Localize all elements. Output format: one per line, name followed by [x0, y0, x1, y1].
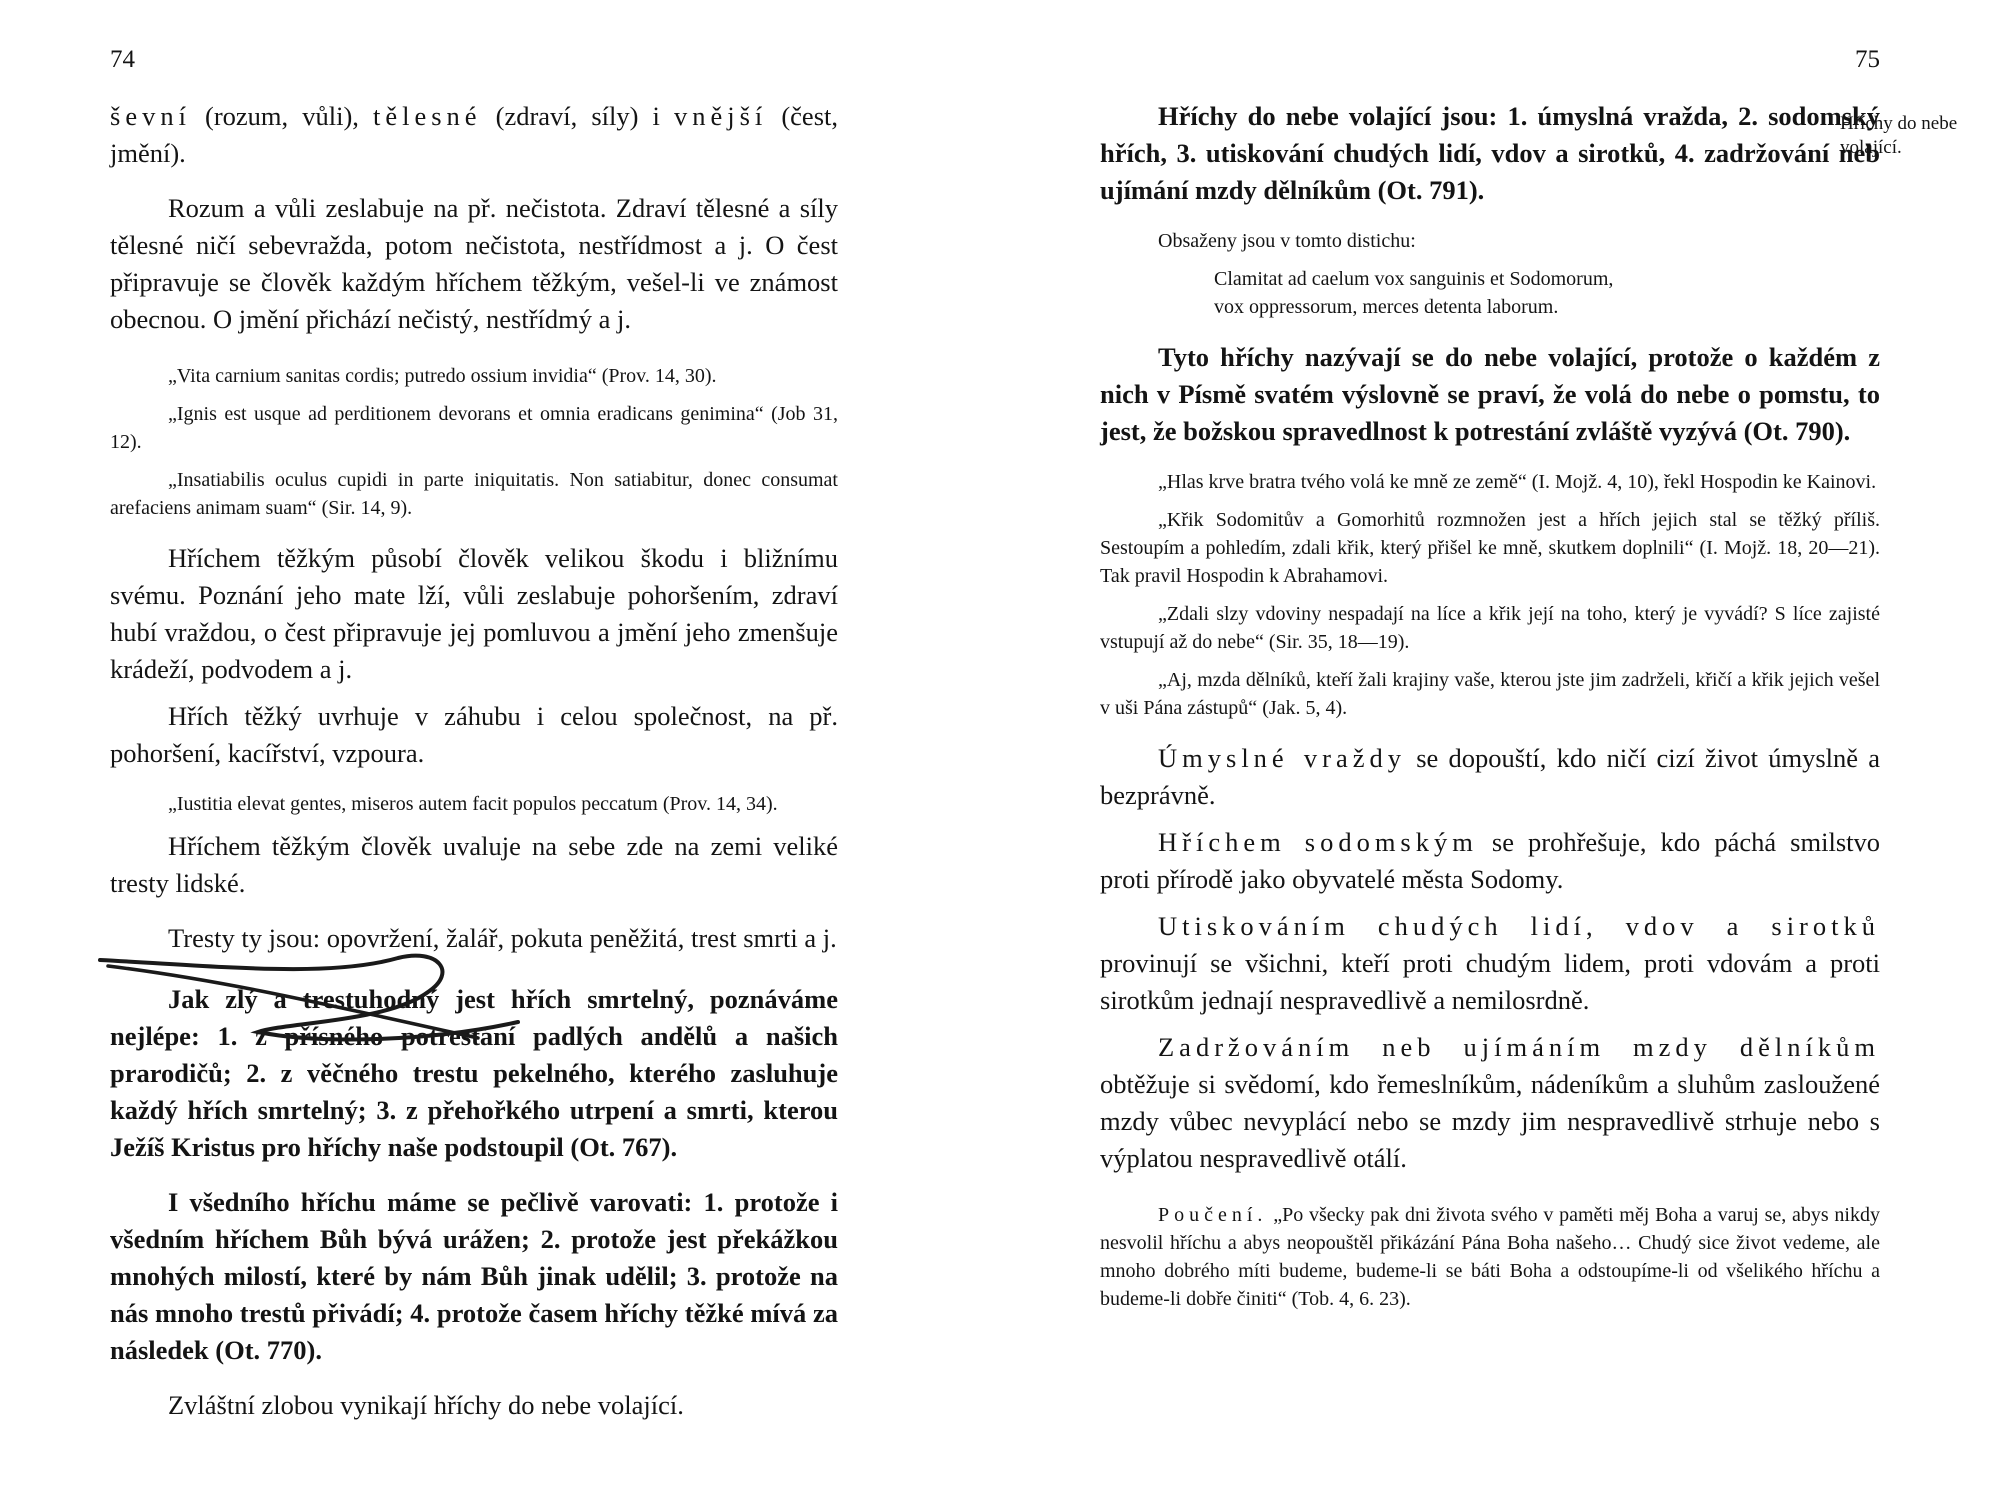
margin-note: Hříchy do nebe volající. [1840, 112, 1990, 160]
text-run: obtěžuje si svědomí, kdo řemeslníkům, ná… [1100, 1069, 1880, 1173]
spaced-term: Hříchem sodomským [1158, 827, 1478, 857]
paragraph-murder: Úmyslné vraždy se dopouští, kdo ničí ciz… [1100, 740, 1880, 814]
paragraph-neighbor: Hříchem těžkým působí člověk velikou ško… [110, 540, 838, 688]
quote-jas-5-4: „Aj, mzda dělníků, kteří žali krajiny va… [1100, 666, 1880, 722]
left-page: 74 ševní (rozum, vůli), tělesné (zdraví,… [110, 0, 838, 1500]
distich-line-1: Clamitat ad caelum vox sanguinis et Sodo… [1156, 265, 1880, 293]
quote-prov-14-30: „Vita carnium sanitas cordis; putredo os… [110, 362, 838, 390]
quote-prov-14-34: „Iustitia elevat gentes, miseros autem f… [110, 790, 838, 818]
paragraph-reason: Rozum a vůli zeslabuje na př. nečistota.… [110, 190, 838, 338]
page-number-left: 74 [110, 46, 135, 74]
page-number-right: 75 [1855, 46, 1880, 74]
paragraph-mortal-sin: Jak zlý a trestuhodný jest hřích smrteln… [110, 981, 838, 1166]
paragraph-society: Hřích těžký uvrhuje v záhubu i celou spo… [110, 698, 838, 772]
spaced-term: Zadržováním neb ujímáním mzdy dělníkům [1158, 1032, 1880, 1062]
latin-distich: Clamitat ad caelum vox sanguinis et Sodo… [1156, 265, 1880, 321]
spaced-term: Úmyslné vraždy [1158, 743, 1406, 773]
paragraph-goods: ševní (rozum, vůli), tělesné (zdraví, sí… [110, 98, 838, 172]
quote-sir-35: „Zdali slzy vdoviny nespadají na líce a … [1100, 600, 1880, 656]
paragraph-wages: Zadržováním neb ujímáním mzdy dělníkům o… [1100, 1029, 1880, 1177]
quote-gen-18: „Křik Sodomitův a Gomorhitů rozmnožen je… [1100, 506, 1880, 590]
quote-sir-14-9: „Insatiabilis oculus cupidi in parte ini… [110, 466, 838, 522]
distich-line-2: vox oppressorum, merces detenta laborum. [1156, 293, 1880, 321]
text-run: (zdraví, síly) i [482, 101, 674, 131]
paragraph-sodomy: Hříchem sodomským se prohřešuje, kdo pác… [1100, 824, 1880, 898]
spaced-term: ševní [110, 101, 191, 131]
quote-gen-4-10: „Hlas krve bratra tvého volá ke mně ze z… [1100, 468, 1880, 496]
paragraph-crying-sins-intro: Zvláštní zlobou vynikají hříchy do nebe … [110, 1387, 838, 1424]
paragraph-oppression: Utiskováním chudých lidí, vdov a sirotků… [1100, 908, 1880, 1019]
text-run: (rozum, vůli), [191, 101, 373, 131]
quote-job-31-12: „Ignis est usque ad perditionem devorans… [110, 400, 838, 456]
spaced-term: Utiskováním chudých lidí, vdov a sirotků [1158, 911, 1880, 941]
paragraph-venial-sin: I všedního hříchu máme se pečlivě varova… [110, 1184, 838, 1369]
right-page: 75 Hříchy do nebe volající jsou: 1. úmys… [1100, 0, 1880, 1500]
paragraph-punishment-list: Tresty ty jsou: opovržení, žalář, pokuta… [110, 920, 838, 957]
right-page-body: Hříchy do nebe volající jsou: 1. úmyslná… [1100, 98, 1880, 1313]
paragraph-lesson: Poučení. „Po všecky pak dni života svého… [1100, 1201, 1880, 1313]
spaced-term: vnější [674, 101, 767, 131]
spaced-term: tělesné [373, 101, 482, 131]
distich-intro: Obsaženy jsou v tomto distichu: [1100, 227, 1880, 255]
left-page-body: ševní (rozum, vůli), tělesné (zdraví, sí… [110, 98, 838, 1424]
paragraph-crying-sins-list: Hříchy do nebe volající jsou: 1. úmyslná… [1100, 98, 1880, 209]
spaced-term: Poučení. [1158, 1204, 1267, 1226]
paragraph-punishments: Hříchem těžkým člověk uvaluje na sebe zd… [110, 828, 838, 902]
text-run: provinují se všichni, kteří proti chudým… [1100, 948, 1880, 1015]
paragraph-why-crying: Tyto hříchy nazývají se do nebe volající… [1100, 339, 1880, 450]
